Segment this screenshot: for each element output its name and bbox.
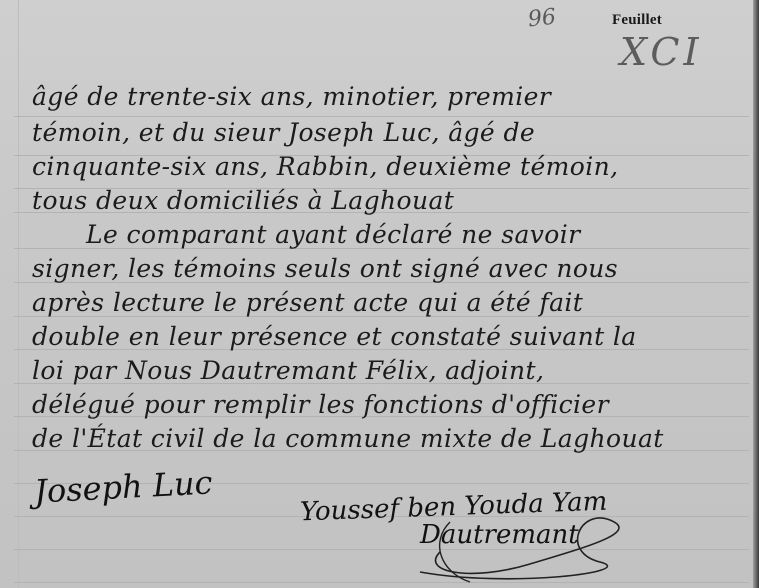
document-line: âgé de trente-six ans, minotier, premier bbox=[32, 82, 551, 111]
document-line: témoin, et du sieur Joseph Luc, âgé de bbox=[32, 118, 535, 147]
document-line: loi par Nous Dautremant Félix, adjoint, bbox=[32, 356, 544, 385]
document-line: double en leur présence et constaté suiv… bbox=[32, 322, 637, 351]
document-line: de l'État civil de la commune mixte de L… bbox=[32, 424, 664, 453]
document-line: signer, les témoins seuls ont signé avec… bbox=[32, 254, 618, 283]
document-line: Le comparant ayant déclaré ne savoir bbox=[86, 220, 580, 249]
margin-line bbox=[18, 0, 19, 588]
document-page: 96 Feuillet XCI âgé de trente-six ans, m… bbox=[0, 0, 759, 588]
document-line: délégué pour remplir les fonctions d'off… bbox=[32, 390, 609, 419]
feuillet-number: XCI bbox=[620, 30, 702, 74]
document-line: après lecture le présent acte qui a été … bbox=[32, 288, 583, 317]
document-line: cinquante-six ans, Rabbin, deuxième témo… bbox=[32, 152, 618, 181]
signature-flourish-icon bbox=[410, 512, 650, 588]
ruled-line bbox=[14, 116, 749, 117]
signature-joseph-luc: Joseph Luc bbox=[33, 463, 213, 510]
page-edge-shadow bbox=[753, 0, 759, 588]
document-line: tous deux domiciliés à Laghouat bbox=[32, 186, 454, 215]
feuillet-label: Feuillet bbox=[612, 12, 662, 29]
folio-number: 96 bbox=[527, 5, 557, 33]
